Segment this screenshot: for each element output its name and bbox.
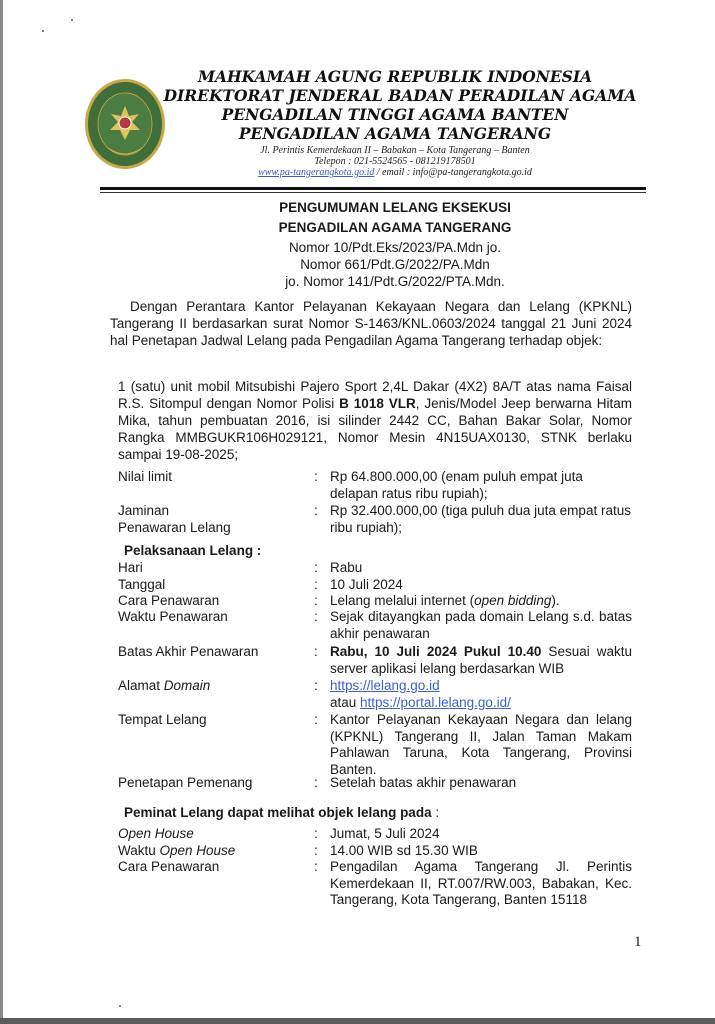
limit-value: Rp 64.800.000,00 (enam puluh empat juta … [330, 469, 632, 502]
email-text: / email : info@pa-tangerangkota.go.id [374, 167, 532, 178]
letterhead-line-4: PENGADILAN AGAMA TANGERANG [150, 124, 640, 143]
portal-lelang-link[interactable]: https://portal.lelang.go.id/ [360, 695, 511, 710]
intro-paragraph: Dengan Perantara Kantor Pelayanan Kekaya… [110, 298, 632, 349]
document-title: PENGUMUMAN LELANG EKSEKUSI [150, 200, 640, 215]
case-number-1: Nomor 10/Pdt.Eks/2023/PA.Mdn jo. [150, 240, 640, 255]
letterhead-divider-thick [100, 187, 646, 190]
case-number-2: Nomor 661/Pdt.G/2022/PA.Mdn [150, 257, 640, 272]
section-pelaksanaan: Pelaksanaan Lelang : [124, 543, 261, 558]
case-number-3: jo. Nomor 141/Pdt.G/2022/PTA.Mdn. [150, 274, 640, 289]
page-number: 1 [634, 934, 642, 951]
scan-edge-bottom [0, 1018, 715, 1024]
scan-speck [42, 30, 44, 32]
auction-object-paragraph: 1 (satu) unit mobil Mitsubishi Pajero Sp… [118, 378, 632, 463]
letterhead-line-1: MAHKAMAH AGUNG REPUBLIK INDONESIA [150, 67, 640, 86]
deadline: Rabu, 10 Juli 2024 Pukul 10.40 [330, 644, 541, 659]
section-open-house: Peminat Lelang dapat melihat objek lelan… [124, 805, 439, 820]
document-subtitle: PENGADILAN AGAMA TANGERANG [150, 220, 640, 235]
scan-speck [71, 19, 73, 21]
scan-speck [119, 1005, 121, 1007]
letterhead-line-2: DIREKTORAT JENDERAL BADAN PERADILAN AGAM… [140, 86, 660, 105]
letterhead-phone: Telepon : 021-5524565 - 081219178501 [150, 156, 640, 167]
deposit-value: Rp 32.400.000,00 (tiga puluh dua juta em… [330, 503, 632, 536]
letterhead-divider-thin [100, 192, 646, 193]
license-plate: B 1018 VLR [339, 396, 416, 411]
scan-edge-left [0, 0, 3, 1024]
website-link[interactable]: www.pa-tangerangkota.go.id [258, 167, 374, 178]
letterhead-contact: www.pa-tangerangkota.go.id / email : inf… [150, 167, 640, 178]
letterhead-address: Jl. Perintis Kemerdekaan II – Babakan – … [150, 145, 640, 156]
lelang-link[interactable]: https://lelang.go.id [330, 678, 440, 693]
letterhead-line-3: PENGADILAN TINGGI AGAMA BANTEN [150, 105, 640, 124]
